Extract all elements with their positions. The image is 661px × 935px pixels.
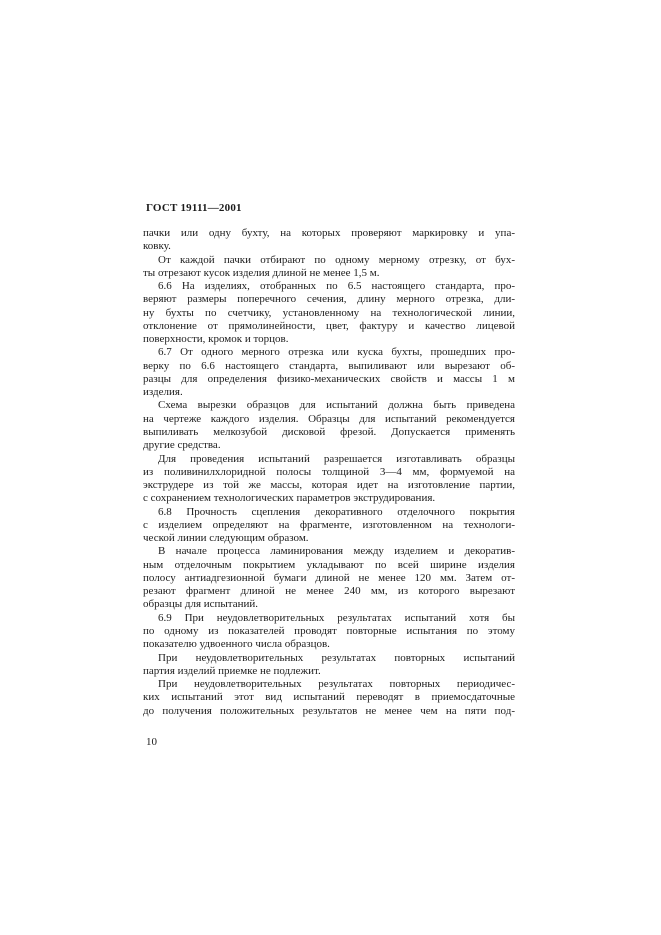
text-line: поверхности, кромок и торцов. (143, 333, 515, 346)
text-line: веряют размеры поперечного сечения, длин… (143, 293, 515, 306)
text-line: 6.9 При неудовлетворительных результатах… (143, 612, 515, 625)
text-line: другие средства. (143, 439, 515, 452)
text-line: отклонение от прямолинейности, цвет, фак… (143, 320, 515, 333)
text-line: экструдере из той же массы, которая идет… (143, 479, 515, 492)
text-line: верку по 6.6 настоящего стандарта, выпил… (143, 360, 515, 373)
text-line: ным отделочным покрытием укладывают по в… (143, 559, 515, 572)
text-line: разцы для определения физико-механически… (143, 373, 515, 386)
text-line: из поливинилхлоридной полосы толщиной 3—… (143, 466, 515, 479)
text-line: с изделием определяют на фрагменте, изго… (143, 519, 515, 532)
text-line: ких испытаний этот вид испытаний перевод… (143, 691, 515, 704)
text-line: При неудовлетворительных результатах пов… (143, 652, 515, 665)
text-line: по одному из показателей проводят повтор… (143, 625, 515, 638)
document-body: пачки или одну бухту, на которых проверя… (143, 227, 515, 718)
text-line: ты отрезают кусок изделия длиной не мене… (143, 267, 515, 280)
text-line: Схема вырезки образцов для испытаний дол… (143, 399, 515, 412)
text-line: При неудовлетворительных результатах пов… (143, 678, 515, 691)
text-line: полосу антиадгезионной бумаги длиной не … (143, 572, 515, 585)
text-line: показателю удвоенного числа образцов. (143, 638, 515, 651)
text-line: до получения положительных результатов н… (143, 705, 515, 718)
text-line: Для проведения испытаний разрешается изг… (143, 453, 515, 466)
text-line: В начале процесса ламинирования между из… (143, 545, 515, 558)
text-line: выпиливать мелкозубой дисковой фрезой. Д… (143, 426, 515, 439)
text-line: с сохранением технологических параметров… (143, 492, 515, 505)
text-line: 6.7 От одного мерного отрезка или куска … (143, 346, 515, 359)
text-line: ну бухты по счетчику, установленному на … (143, 307, 515, 320)
text-line: 6.8 Прочность сцепления декоративного от… (143, 506, 515, 519)
text-line: резают фрагмент длиной не менее 240 мм, … (143, 585, 515, 598)
text-line: партия изделий приемке не подлежит. (143, 665, 515, 678)
text-line: образцы для испытаний. (143, 598, 515, 611)
document-page: ГОСТ 19111—2001 пачки или одну бухту, на… (0, 0, 661, 935)
page-number: 10 (146, 736, 157, 748)
text-line: пачки или одну бухту, на которых проверя… (143, 227, 515, 240)
text-line: От каждой пачки отбирают по одному мерно… (143, 254, 515, 267)
document-header: ГОСТ 19111—2001 (146, 202, 242, 214)
text-line: изделия. (143, 386, 515, 399)
text-line: ковку. (143, 240, 515, 253)
text-line: ческой линии следующим образом. (143, 532, 515, 545)
text-line: на чертеже каждого изделия. Образцы для … (143, 413, 515, 426)
text-line: 6.6 На изделиях, отобранных по 6.5 насто… (143, 280, 515, 293)
